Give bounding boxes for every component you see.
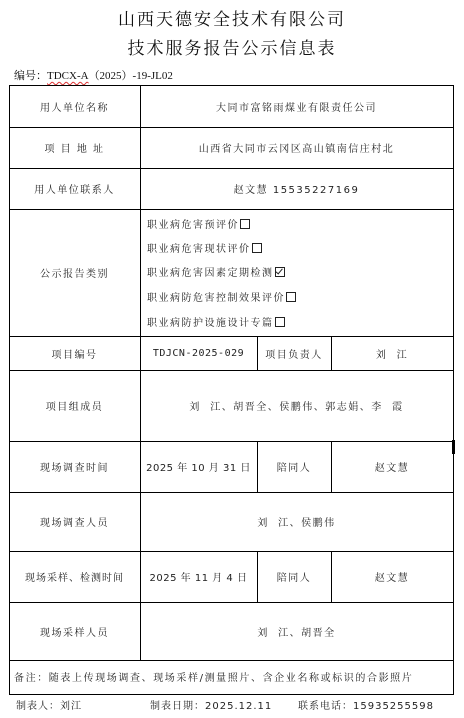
sampling-time-value: 2025 年 11 月 4 日	[140, 551, 257, 602]
company-title: 山西天德安全技术有限公司	[0, 5, 464, 30]
project-address-value: 山西省大同市云冈区高山镇南信庄村北	[140, 127, 453, 168]
checkbox-unchecked-icon[interactable]	[286, 292, 296, 302]
sampling-time-label: 现场采样、检测时间	[9, 551, 140, 602]
category-option-protection-design[interactable]: 职业病防护设施设计专篇	[147, 314, 285, 329]
employer-name-label: 用人单位名称	[9, 85, 140, 127]
doc-no-code: TDCX-A	[47, 70, 89, 82]
project-no-label: 项目编号	[9, 336, 140, 370]
doc-no-label: 编号：	[14, 70, 47, 82]
project-lead-label: 项目负责人	[257, 336, 331, 370]
option-label: 职业病防危害控制效果评价	[147, 293, 285, 304]
grid-line	[9, 694, 454, 695]
option-label: 职业病危害现状评价	[147, 244, 251, 255]
survey-staff-value: 刘 江、侯鹏伟	[140, 492, 453, 551]
report-category-label: 公示报告类别	[9, 209, 140, 336]
footer-phone: 联系电话：15935255598	[298, 697, 434, 712]
checkbox-unchecked-icon[interactable]	[275, 317, 285, 327]
survey-staff-label: 现场调查人员	[9, 492, 140, 551]
team-members-value: 刘 江、胡晋全、侯鹏伟、郭志娟、李 霞	[140, 370, 453, 441]
survey-escort-label: 陪同人	[257, 441, 331, 492]
footer-preparer: 制表人：刘江	[16, 697, 82, 712]
category-option-pre-assessment[interactable]: 职业病危害预评价	[147, 216, 250, 231]
survey-time-value: 2025 年 10 月 31 日	[140, 441, 257, 492]
option-label: 职业病危害预评价	[147, 220, 239, 231]
project-no-value: TDJCN-2025-029	[140, 336, 257, 370]
document-number: 编号：TDCX-A（2025）-19-JL02	[14, 67, 173, 83]
sampling-staff-label: 现场采样人员	[9, 602, 140, 660]
survey-time-label: 现场调查时间	[9, 441, 140, 492]
survey-escort-value: 赵文慧	[331, 441, 453, 492]
form-title: 技术服务报告公示信息表	[0, 34, 464, 59]
employer-contact-label: 用人单位联系人	[9, 168, 140, 209]
sampling-escort-value: 赵文慧	[331, 551, 453, 602]
doc-no-rest: （2025）-19-JL02	[89, 70, 173, 82]
checkbox-unchecked-icon[interactable]	[240, 219, 250, 229]
option-label: 职业病防护设施设计专篇	[147, 318, 274, 329]
employer-name-value: 大同市富铭雨煤业有限责任公司	[140, 85, 453, 127]
project-address-label: 项 目 地 址	[9, 127, 140, 168]
checkbox-unchecked-icon[interactable]	[252, 243, 262, 253]
employer-contact-value: 赵文慧 15535227169	[140, 168, 453, 209]
team-members-label: 项目组成员	[9, 370, 140, 441]
category-option-status-assessment[interactable]: 职业病危害现状评价	[147, 240, 262, 255]
project-lead-value: 刘 江	[331, 336, 453, 370]
grid-line	[453, 85, 454, 695]
grid-line	[9, 660, 454, 661]
report-category-options: 职业病危害预评价 职业病危害现状评价 职业病危害因素定期检测 职业病防危害控制效…	[147, 209, 447, 336]
sampling-escort-label: 陪同人	[257, 551, 331, 602]
checkbox-checked-icon[interactable]	[275, 267, 285, 277]
sampling-staff-value: 刘 江、胡晋全	[140, 602, 453, 660]
remark-text: 备注：随表上传现场调查、现场采样/测量照片、含企业名称或标识的合影照片	[14, 669, 413, 684]
category-option-control-effect[interactable]: 职业病防危害控制效果评价	[147, 289, 296, 304]
option-label: 职业病危害因素定期检测	[147, 268, 274, 279]
footer-date: 制表日期：2025.12.11	[150, 697, 272, 712]
category-option-periodic-testing[interactable]: 职业病危害因素定期检测	[147, 264, 285, 279]
